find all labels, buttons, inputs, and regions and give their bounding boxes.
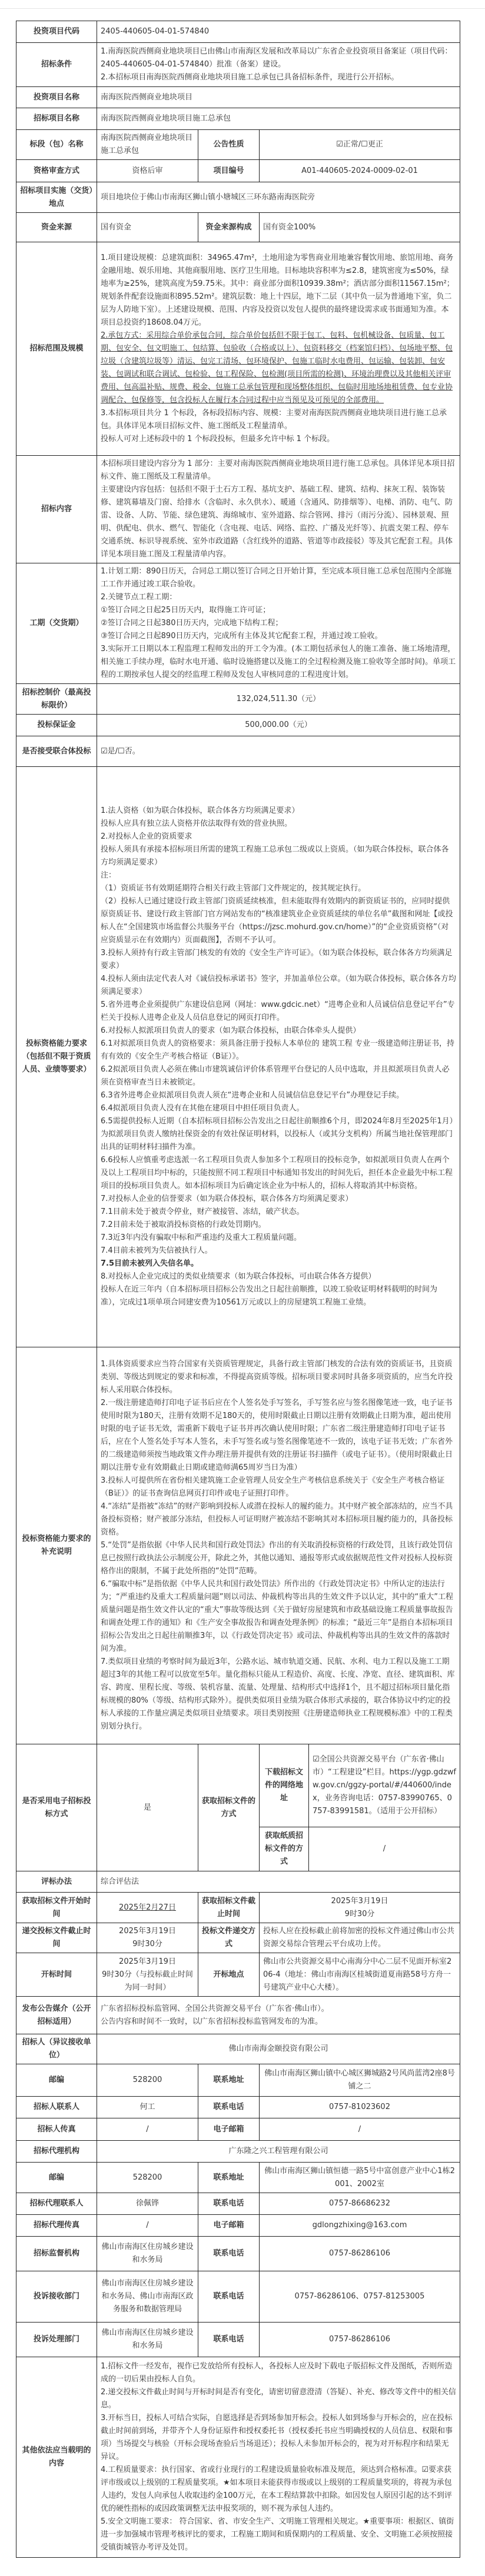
row-tenderer-fax: 招标人传真 / 电子邮箱 / <box>16 2118 460 2141</box>
label: 资金来源构成 <box>198 213 260 242</box>
row-supervision: 招标监督机构 佛山市南海区住房城乡建设和水务局 联系电话 0757-862861… <box>16 2237 460 2271</box>
value: 132,024,511.30（元） <box>97 684 460 715</box>
label: 资金来源 <box>16 213 97 242</box>
line: 1.招标文件一经发布，视作已发放给所有投标人，各投标人应及时下载电子版招标文件及… <box>101 2360 456 2386</box>
row-electronic: 是否采用电子招标投标方式 是 获取招标文件的方式 下载招标文件的网络地址 ☑全国… <box>16 1744 460 1827</box>
label: 招标范围及规模 <box>16 242 97 456</box>
line: 6.对投标人拟派项目负责人的要求（如为联合体投标，由联合体牵头人提供） <box>101 1025 456 1037</box>
line: 投标人须具有承接本招标项目所需的建筑工程施工总承包二级或以上资质。（如为联合体投… <box>101 843 456 869</box>
line: 广东省招标投标监管网、全国公共资源交易平台（广东省·佛山市）。 <box>101 2003 456 2016</box>
line: 2.一级注册建造师打印电子证书后应在个人签名处手写签名，手写签名应与签名图像笔迹… <box>101 1397 456 1474</box>
value: 广东隆之兴工程管理有限公司 <box>97 2141 460 2163</box>
value: 国有资金 <box>97 213 198 242</box>
value: 0757-86286106 <box>260 2237 460 2271</box>
line: 6.2拟派项目负责人必须在佛山市建筑诚信评价体系管理平台登记的人员中选取，并且拟… <box>101 1063 456 1089</box>
value: 1.招标文件一经发布，视作已发放给所有投标人，各投标人应及时下载电子版招标文件及… <box>97 2357 460 2558</box>
row-location: 招标项目实施（交货）地点 项目地块位于佛山市南海区狮山镇小塘城区三环东路南海医院… <box>16 182 460 213</box>
label: 开标时间 <box>16 1953 97 1997</box>
row-content: 招标内容 本招标项目建设内容分为 1 部分：主要对南海医院西侧商业地块项目进行施… <box>16 456 460 563</box>
value: 佛山市南海区狮山镇恒德一路5号中富创意产业中心1栋2001、2002室 <box>260 2163 460 2193</box>
label: 投资项目名称 <box>16 87 97 108</box>
line: 主要建设内容包括：包括但不限于土石方工程、基坑支护、基础工程、建筑、结构、抹灰工… <box>101 483 456 561</box>
line: 6.6投标人应慎重考虑选派一名工程项目负责人参加多个工程项目的投标竞争，如拟派项… <box>101 1154 456 1193</box>
row-qualification-review: 资格审查方式 资格后审 项目编号 A01-440605-2024-0009-02… <box>16 160 460 182</box>
label: 电子邮箱 <box>198 2118 260 2141</box>
label: 招标人（异议接收单位） <box>16 2034 97 2064</box>
label: 投诉处理部门 <box>16 2323 97 2357</box>
value: 佛山市南海区住房城乡建设和水务局、佛山市南海区政务服务和数据管理局 <box>97 2271 198 2323</box>
line: 投标人可对上述标段中的 1 个标段投标，但最多允许中标 1 个标段。 <box>101 433 456 446</box>
row-evaluation: 评标办法 综合评估法 <box>16 1871 460 1893</box>
row-duration: 工期（交货期） 1.计划工期：890日历天，合同总工期以签订合同之日开始计算，至… <box>16 563 460 684</box>
date: 2025年3月19日 <box>101 1956 194 1968</box>
label: 投标文件递交方式 <box>198 1923 260 1953</box>
label: 招标内容 <box>16 456 97 563</box>
line: 5.安全文明施工要求： 符合国家、省、市安全生产、文明施工管理相关规定。★重要事… <box>101 2515 456 2554</box>
label: 项目编号 <box>198 160 260 182</box>
label: 获取纸质招标文件的方式 <box>260 1827 309 1871</box>
row-section-name: 标段（包）名称 南海医院西侧商业地块项目施工总承包 公告性质 ☑正常/☐更正 <box>16 130 460 160</box>
row-tender-conditions: 招标条件 1.南海医院西侧商业地块项目已由佛山市南海区发展和改革局以广东省企业投… <box>16 43 460 87</box>
line: 7.3近3年内没有骗取中标和严重违约及重大工程质量问题。 <box>101 1232 456 1244</box>
value: 综合评估法 <box>97 1871 460 1893</box>
line: 7.4目前未被列为失信被执行人。 <box>101 1244 456 1257</box>
line: 3.投标人可提供所在省份相关建筑施工企业管理人员安全生产考核信息系统关于《安全生… <box>101 1474 456 1500</box>
label: 其他依法应当载明的内容 <box>16 2357 97 2558</box>
line: 7.1目前未处于被责令停业，财产被接管、冻结，破产状态。 <box>101 1206 456 1219</box>
value: 1.具体资质要求应当符合国家有关资质管理规定，具备行政主管部门核发的合法有效的资… <box>97 1347 460 1744</box>
time: 9时30分（与投标截止时间为同一时间） <box>101 1968 194 1994</box>
line: 1.具体资质要求应当符合国家有关资质管理规定，具备行政主管部门核发的合法有效的资… <box>101 1358 456 1397</box>
top-divider <box>0 8 485 9</box>
line: （1）资质证书有效期延期符合相关行政主管部门文件规定的，按其规定执行。 <box>101 882 456 895</box>
line: 2.关键节点工程工期： <box>101 591 456 604</box>
label: 开标地点 <box>198 1953 260 1997</box>
label: 投诉接收部门 <box>16 2271 97 2323</box>
row-agency-address: 邮编 528200 联系地址 佛山市南海区狮山镇恒德一路5号中富创意产业中心1栋… <box>16 2163 460 2193</box>
row-agency: 招标代理机构 广东隆之兴工程管理有限公司 <box>16 2141 460 2163</box>
line: 1.计划工期：890日历天，合同总工期以签订合同之日开始计算，至完成本项目施工总… <box>101 565 456 591</box>
label: 招标人联系人 <box>16 2097 97 2118</box>
value: 项目地块位于佛山市南海区狮山镇小塘城区三环东路南海医院旁 <box>97 182 460 213</box>
label: 发布公告媒介（公开招标适用） <box>16 1997 97 2034</box>
email-link[interactable]: gdlongzhixing@163.com <box>260 2215 460 2237</box>
label: 电子邮箱 <box>198 2215 260 2237</box>
label: 招标代理传真 <box>16 2215 97 2237</box>
tender-notice-table: 投资项目代码 2405-440605-04-01-574840 招标条件 1.南… <box>16 21 460 2558</box>
end-time: 9时30分 <box>263 1908 456 1921</box>
consortium-checkbox: ☑是/☐否。 <box>97 736 460 767</box>
value: 徐佩铧 <box>97 2193 198 2215</box>
label: 公告性质 <box>198 130 260 160</box>
label: 联系电话 <box>198 2193 260 2215</box>
value: 1.项目建设规模：总建筑面积：34965.47m²，土地用途为零售商业用地兼容餐… <box>97 242 460 456</box>
label: 联系电话 <box>198 2271 260 2323</box>
line: 6.3省外进粤企业拟派项目负责人须在“进粤企业和人员诚信信息登记平台”办理登记手… <box>101 1089 456 1102</box>
line: 4.工程质量要求：执行国家、省或行业现行的工程建设质量验收标准及规范，须达到合格… <box>101 2464 456 2515</box>
label: 是否采用电子招标投标方式 <box>16 1744 97 1871</box>
line: 6.5需提供投标人近期（自本招标项目招标公告发出之日起往前顺推6个月，即2024… <box>101 1115 456 1154</box>
value: 0757-86286106 <box>260 2323 460 2357</box>
label: 获取招标文件的方式 <box>198 1744 260 1871</box>
label: 联系地址 <box>198 2064 260 2097</box>
value: / <box>97 2215 198 2237</box>
row-investment-name: 投资项目名称 南海医院西侧商业地块项目 <box>16 87 460 108</box>
row-bid-bond: 投标保证金 500,000.00（元） <box>16 715 460 736</box>
line: 1.法人资格（如为联合体投标，联合体各方均须满足要求） <box>101 805 456 817</box>
end-date: 2025年3月19日 <box>263 1895 456 1908</box>
row-tenderer-address: 邮编 528200 联系地址 佛山市南海区狮山镇中心城区狮城路2号风尚蓝湾2座8… <box>16 2064 460 2097</box>
row-media: 发布公告媒介（公开招标适用） 广东省招标投标监管网、全国公共资源交易平台（广东省… <box>16 1997 460 2034</box>
row-scope: 招标范围及规模 1.项目建设规模：总建筑面积：34965.47m²，土地用途为零… <box>16 242 460 456</box>
line: 本招标项目建设内容分为 1 部分：主要对南海医院西侧商业地块项目进行施工总承包。… <box>101 458 456 483</box>
label: 工期（交货期） <box>16 563 97 684</box>
project-code: A01-440605-2024-0009-02-01 <box>260 160 460 182</box>
value: 500,000.00（元） <box>97 715 460 736</box>
value: 528200 <box>97 2163 198 2193</box>
value: / <box>97 2118 198 2141</box>
line: 2.递交投标文件截止时间与开标时间是否有变化，请密切留意澄清（答疑）、补充、修改… <box>101 2386 456 2412</box>
row-opening: 开标时间 2025年3月19日 9时30分（与投标截止时间为同一时间） 开标地点… <box>16 1953 460 1997</box>
label: 招标项目名称 <box>16 108 97 130</box>
value: / <box>309 1827 460 1871</box>
label: 获取招标文件开始时间 <box>16 1893 97 1923</box>
line: 5.省外进粤企业须提供广东建设信息网（网址：www.gdcic.net）“进粤企… <box>101 999 456 1025</box>
label: 招标条件 <box>16 43 97 87</box>
value: 2025年2月27日 <box>97 1893 198 1923</box>
label: 邮编 <box>16 2163 97 2193</box>
value: 广东省招标投标监管网、全国公共资源交易平台（广东省·佛山市）。 公告内容和时间不… <box>97 1997 460 2034</box>
line: 2.承包方式：采用综合单价承包合同，综合单价包括但不限于包工、包料、包机械设备、… <box>101 329 456 407</box>
value: 本招标项目建设内容分为 1 部分：主要对南海医院西侧商业地块项目进行施工总承包。… <box>97 456 460 563</box>
row-supplementary: 投标资格能力要求的补充说明 1.具体资质要求应当符合国家有关资质管理规定，具备行… <box>16 1347 460 1744</box>
label: 获取招标文件截止时间 <box>198 1893 260 1923</box>
line: 7.类似项目业绩的考察时间为最近3年，公路水运、城市轨道交通、民航、水利、电力工… <box>101 1656 456 1733</box>
label: 投标保证金 <box>16 715 97 736</box>
row-tenderer: 招标人（异议接收单位） 佛山市南海金颐投资有限公司 <box>16 2034 460 2064</box>
value: 1.计划工期：890日历天，合同总工期以签订合同之日开始计算，至完成本项目施工总… <box>97 563 460 684</box>
notice-nature-checkbox: ☑正常/☐更正 <box>260 130 460 160</box>
row-tender-project-name: 招标项目名称 南海医院西侧商业地块项目施工总承包 <box>16 108 460 130</box>
value: 0757-86286106、0757-81253005 <box>260 2271 460 2323</box>
value: 南海医院西侧商业地块项目 <box>97 87 460 108</box>
value: 2025年3月19日 9时30分 <box>260 1893 460 1923</box>
label: 联系地址 <box>198 2163 260 2193</box>
row-complaint-receive: 投诉接收部门 佛山市南海区住房城乡建设和水务局、佛山市南海区政务服务和数据管理局… <box>16 2271 460 2323</box>
line: 注： <box>101 869 456 882</box>
row-tenderer-contact: 招标人联系人 何工 联系电话 0757-81023602 <box>16 2097 460 2118</box>
label: 招标代理机构 <box>16 2141 97 2163</box>
value: 0757-86686232 <box>260 2193 460 2215</box>
label: 联系电话 <box>198 2097 260 2118</box>
line: 4.投标人须由法定代表人对《诚信投标承诺书》签字，并加盖单位公章。（如为联合体投… <box>101 973 456 999</box>
label: 资格审查方式 <box>16 160 97 182</box>
value: 佛山市南海区狮山镇中心城区狮城路2号风尚蓝湾2座8号铺之二 <box>260 2064 460 2097</box>
value: 2405-440605-04-01-574840 <box>97 21 460 43</box>
line: 4.“冻结”是指被“冻结”的财产影响到投标人或潜在投标人的履约能力。其中财产被全… <box>101 1500 456 1539</box>
label: 招标控制价（最高投标限价） <box>16 684 97 715</box>
value: 2025年3月19日 9时30分（与投标截止时间为同一时间） <box>97 1953 198 1997</box>
row-qualification-requirements: 投标资格能力要求（包括但不限于资质人员、业绩等要求） 1.法人资格（如为联合体投… <box>16 767 460 1347</box>
line: 7.5目前未被列入失信名单。 <box>101 1257 456 1270</box>
label: 下载招标文件的网络地址 <box>260 1744 309 1827</box>
line: 7.2目前未处于被取消投标资格的行政处罚期内。 <box>101 1219 456 1232</box>
line: 6.4拟派项目负责人没有在其他在建项目中担任项目负责人。 <box>101 1102 456 1115</box>
value: 何工 <box>97 2097 198 2118</box>
value: 0757-81023602 <box>260 2097 460 2118</box>
label: 招标人传真 <box>16 2118 97 2141</box>
value: 1.法人资格（如为联合体投标，联合体各方均须满足要求） 投标人应具有独立法人资格… <box>97 767 460 1347</box>
time: 9时30分 <box>101 1938 194 1951</box>
line: 3.本招标项目共分 1 个标段，各标段招标内容、规模：主要对南海医院西侧商业地块… <box>101 407 456 433</box>
line: （2）投标人已通过建设行政主管部门资质延续核准，但未能取得有效期内的新资质证书的… <box>101 895 456 947</box>
line: 投标人应具有独立法人资格并依法取得有效的营业执照。 <box>101 817 456 830</box>
line: 7.对投标人企业的信誉要求（如为联合体投标，联合体各方均须满足要求） <box>101 1193 456 1206</box>
line: 6.“骗取中标”是指依据《中华人民共和国行政处罚法》所作出的《行政处罚决定书》中… <box>101 1578 456 1656</box>
row-investment-code: 投资项目代码 2405-440605-04-01-574840 <box>16 21 460 43</box>
label: 联系电话 <box>198 2323 260 2357</box>
line: 6.1对拟派项目负责人的资格要求：须具备注册于投标人本单位的 建筑工程 专业一级… <box>101 1037 456 1063</box>
row-funding: 资金来源 国有资金 资金来源构成 国有资金100% <box>16 213 460 242</box>
value: 佛山市南海金颐投资有限公司 <box>97 2034 460 2064</box>
row-submit: 递交投标文件截止时间 2025年3月19日 9时30分 投标文件递交方式 投标人… <box>16 1923 460 1953</box>
value: 投标人应在投标截止前将加密的投标文件通过佛山市公共资源交易综合管理云平台成功上传… <box>260 1923 460 1953</box>
line: 投标人在近三年内（自本招标项目招标公告发出之日起往前顺推，以竣工验收证明材料载明… <box>101 1283 456 1309</box>
row-obtain-time: 获取招标文件开始时间 2025年2月27日 获取招标文件截止时间 2025年3月… <box>16 1893 460 1923</box>
row-complaint-handle: 投诉处理部门 佛山市南海区住房城乡建设和水务局 联系电话 0757-862861… <box>16 2323 460 2357</box>
line: ②签订合同之日起380日历天内，完成地下结构工程； <box>101 617 456 630</box>
line: 公告内容和时间不一致时，以广东省招标投标监管网发布的为准。 <box>101 2016 456 2028</box>
line: ③签订合同之日起890日历天内，完成所有主体及其它配套工程，并通过竣工验收。 <box>101 630 456 643</box>
value: 佛山市南海区住房城乡建设和水务局 <box>97 2237 198 2271</box>
row-agency-contact: 招标代理联系人 徐佩铧 联系电话 0757-86686232 <box>16 2193 460 2215</box>
line: 3.开标当日，投标人可结合实际，自愿选择是否到场参加开标会。投标人如到场参与开标… <box>101 2412 456 2464</box>
label: 招标项目实施（交货）地点 <box>16 182 97 213</box>
value: 佛山市南海区住房城乡建设和水务局 <box>97 2323 198 2357</box>
value: 资格后审 <box>97 160 198 182</box>
label: 招标监督机构 <box>16 2237 97 2271</box>
value: 南海医院西侧商业地块项目施工总承包 <box>97 108 460 130</box>
line: 3.投标人须持有行政主管部门核发的有效的《安全生产许可证》。（如为联合体投标，联… <box>101 947 456 973</box>
line: 3.实际开工日期以本工程监理工程师发出的开工令为准。(本工期包括承包人的施工准备… <box>101 643 456 682</box>
line: 5.“处罚”是指依据《中华人民共和国行政处罚法》作出的有关取消投标资格的行政处罚… <box>101 1539 456 1578</box>
value: / <box>260 2118 460 2141</box>
date: 2025年3月19日 <box>101 1925 194 1938</box>
value: 是 <box>97 1744 198 1871</box>
value: 528200 <box>97 2064 198 2097</box>
line: 2.本招标项目南海医院西侧商业地块项目施工总承包已具备招标条件，现进行公开招标。 <box>101 71 456 84</box>
label: 投资项目代码 <box>16 21 97 43</box>
value: 南海医院西侧商业地块项目施工总承包 <box>97 130 198 160</box>
start-date: 2025年2月27日 <box>119 1903 176 1912</box>
value: 佛山市公共资源交易中心南海分中心二层不见面开标室206-4（地址：佛山市南海区桂… <box>260 1953 460 1997</box>
label: 投标资格能力要求（包括但不限于资质人员、业绩等要求） <box>16 767 97 1347</box>
label: 递交投标文件截止时间 <box>16 1923 97 1953</box>
row-consortium: 是否接受联合体投标 ☑是/☐否。 <box>16 736 460 767</box>
label: 招标代理联系人 <box>16 2193 97 2215</box>
label: 标段（包）名称 <box>16 130 97 160</box>
download-address-link[interactable]: ☑全国公共资源交易平台（广东省·佛山市）“工程建设”栏目。https://ygp… <box>309 1744 460 1827</box>
line: 2.对投标人企业的资质要求 <box>101 830 456 843</box>
line: 1.项目建设规模：总建筑面积：34965.47m²，土地用途为零售商业用地兼容餐… <box>101 252 456 329</box>
label: 评标办法 <box>16 1871 97 1893</box>
label: 投标资格能力要求的补充说明 <box>16 1347 97 1744</box>
value: 1.南海医院西侧商业地块项目已由佛山市南海区发展和改革局以广东省企业投资项目备案… <box>97 43 460 87</box>
line: ①签订合同之日起25日历天内，取得施工许可证； <box>101 604 456 617</box>
label: 是否接受联合体投标 <box>16 736 97 767</box>
line: 8.对投标人企业完成过的类似业绩要求（如为联合体投标，可由联合体各方提供） <box>101 1270 456 1283</box>
label: 联系电话 <box>198 2237 260 2271</box>
line: 1.南海医院西侧商业地块项目已由佛山市南海区发展和改革局以广东省企业投资项目备案… <box>101 45 456 71</box>
value: 国有资金100% <box>260 213 460 242</box>
row-other: 其他依法应当载明的内容 1.招标文件一经发布，视作已发放给所有投标人，各投标人应… <box>16 2357 460 2558</box>
value: 2025年3月19日 9时30分 <box>97 1923 198 1953</box>
label: 邮编 <box>16 2064 97 2097</box>
row-agency-fax: 招标代理传真 / 电子邮箱 gdlongzhixing@163.com <box>16 2215 460 2237</box>
row-control-price: 招标控制价（最高投标限价） 132,024,511.30（元） <box>16 684 460 715</box>
